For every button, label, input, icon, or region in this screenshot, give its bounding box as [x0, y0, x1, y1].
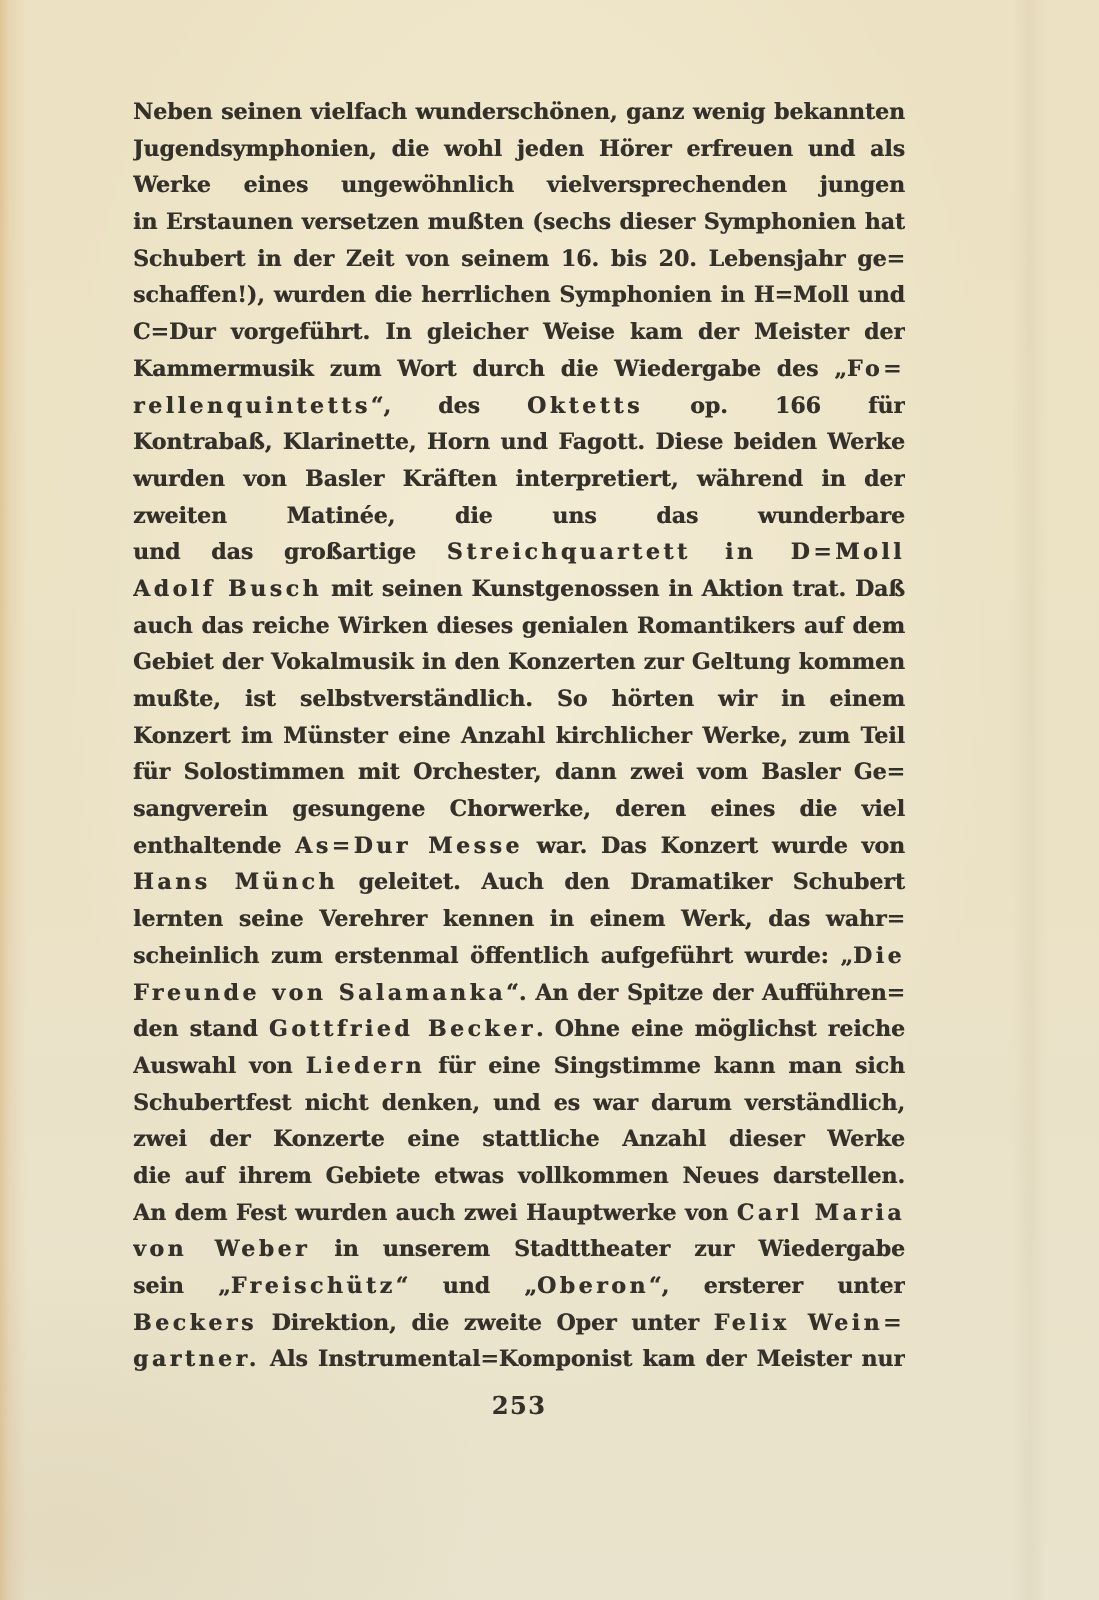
emphasized-text: Die: [853, 943, 905, 969]
emphasized-text: Streichquartett in D=Moll: [447, 539, 905, 565]
text-segment: sangverein gesungene Chorwerke, deren ei…: [133, 796, 905, 828]
text-line: lernten seine Verehrer kennen in einem W…: [133, 901, 905, 938]
text-line: Jugendsymphonien, die wohl jeden Hörer e…: [133, 131, 905, 168]
text-segment: Kammermusik zum Wort durch die Wiedergab…: [133, 356, 847, 382]
text-line: wurden von Basler Kräften interpretiert,…: [133, 461, 905, 498]
text-segment: wurden von Basler Kräften interpretiert,…: [133, 466, 905, 492]
emphasized-text: Felix Wein=: [714, 1310, 905, 1336]
emphasized-text: Adolf Busch: [133, 576, 322, 602]
text-line: für Solostimmen mit Orchester, dann zwei…: [133, 754, 905, 791]
text-line: schaffen!), wurden die herrlichen Sympho…: [133, 277, 905, 314]
emphasized-text: Liedern: [306, 1053, 425, 1079]
text-segment: sein „: [133, 1273, 231, 1299]
text-segment: auch das reiche Wirken dieses genialen R…: [133, 613, 905, 639]
text-line: und das großartige Streichquartett in D=…: [133, 534, 905, 571]
text-line: Kontrabaß, Klarinette, Horn und Fagott. …: [133, 424, 905, 461]
text-line: den stand Gottfried Becker. Ohne eine mö…: [133, 1011, 905, 1048]
text-segment: lernten seine Verehrer kennen in einem W…: [133, 906, 905, 932]
text-line: sangverein gesungene Chorwerke, deren ei…: [133, 791, 905, 828]
text-segment: schaffen!), wurden die herrlichen Sympho…: [133, 282, 905, 308]
emphasized-text: Oberon: [537, 1273, 649, 1299]
text-segment: Werke eines ungewöhnlich vielversprechen…: [133, 172, 905, 204]
emphasized-text: gartner.: [133, 1346, 260, 1372]
emphasized-text: Hans Münch: [133, 869, 338, 895]
text-segment: “, des: [371, 393, 527, 419]
text-segment: die auf ihrem Gebiete etwas vollkommen N…: [133, 1163, 905, 1189]
text-line: scheinlich zum erstenmal öffentlich aufg…: [133, 938, 905, 975]
text-line: enthaltende As=Dur Messe war. Das Konzer…: [133, 828, 905, 865]
emphasized-text: Freischütz: [231, 1273, 396, 1299]
text-segment: Auswahl von: [133, 1053, 306, 1079]
text-segment: Als Instrumental=Komponist kam der Meist…: [260, 1346, 905, 1372]
text-segment: Neben seinen vielfach wunderschönen, gan…: [133, 99, 905, 125]
emphasized-text: Oktetts: [527, 393, 643, 419]
text-line: gartner. Als Instrumental=Komponist kam …: [133, 1341, 905, 1378]
text-segment: C=Dur vorgeführt. In gleicher Weise kam …: [133, 319, 905, 345]
text-line: Hans Münch geleitet. Auch den Dramatiker…: [133, 864, 905, 901]
text-segment: in Erstaunen versetzen mußten (sechs die…: [133, 209, 905, 235]
scanned-book-page: { "colors": { "paper": "#ebe2c6", "ink":…: [0, 0, 1099, 1600]
text-segment: für Solostimmen mit Orchester, dann zwei…: [133, 759, 905, 785]
text-line: C=Dur vorgeführt. In gleicher Weise kam …: [133, 314, 905, 351]
emphasized-text: Gottfried Becker: [269, 1016, 536, 1042]
text-segment: “. An der Spitze der Aufführen=: [506, 980, 905, 1006]
text-segment: Gebiet der Vokalmusik in den Konzerten z…: [133, 649, 905, 675]
text-segment: . Ohne eine möglichst reiche: [536, 1016, 905, 1042]
emphasized-text: rellenquintetts: [133, 393, 371, 419]
text-line: Adolf Busch mit seinen Kunstgenossen in …: [133, 571, 905, 608]
text-line: Freunde von Salamanka“. An der Spitze de…: [133, 975, 905, 1012]
text-segment: zweiten Matinée, die uns das wunderbare: [133, 503, 905, 529]
text-segment: Direktion, die zweite Oper unter: [257, 1310, 714, 1336]
text-line: auch das reiche Wirken dieses genialen R…: [133, 608, 905, 645]
text-line: in Erstaunen versetzen mußten (sechs die…: [133, 204, 905, 241]
text-segment: Schubert in der Zeit von seinem 16. bis …: [133, 246, 905, 272]
text-line: Werke eines ungewöhnlich vielversprechen…: [133, 167, 905, 204]
text-line: Neben seinen vielfach wunderschönen, gan…: [133, 94, 905, 131]
text-line: rellenquintetts“, des Oktetts op. 166 fü…: [133, 388, 905, 425]
emphasized-text: Fo=: [847, 356, 905, 382]
text-segment: Konzert im Münster eine Anzahl kirchlich…: [133, 723, 905, 749]
text-line: zweiten Matinée, die uns das wunderbare …: [133, 498, 905, 535]
text-segment: mußte, ist selbstverständlich. So hörten…: [133, 686, 905, 718]
text-segment: mit seinen Kunstgenossen in Aktion trat.…: [322, 576, 905, 602]
text-segment: den stand: [133, 1016, 269, 1042]
text-line: zwei der Konzerte eine stattliche Anzahl…: [133, 1121, 905, 1158]
emphasized-text: von Weber: [133, 1236, 310, 1262]
text-line: Schubert in der Zeit von seinem 16. bis …: [133, 241, 905, 278]
text-line: die auf ihrem Gebiete etwas vollkommen N…: [133, 1158, 905, 1195]
text-line: sein „Freischütz“ und „Oberon“, ersterer…: [133, 1268, 905, 1305]
text-line: von Weber in unserem Stadttheater zur Wi…: [133, 1231, 905, 1268]
emphasized-text: Carl Maria: [737, 1200, 905, 1226]
text-segment: geleitet. Auch den Dramatiker Schubert: [338, 869, 905, 895]
text-segment: Kontrabaß, Klarinette, Horn und Fagott. …: [133, 429, 905, 455]
text-segment: zwei der Konzerte eine stattliche Anzahl…: [133, 1126, 905, 1158]
text-segment: Jugendsymphonien, die wohl jeden Hörer e…: [133, 136, 905, 162]
text-line: mußte, ist selbstverständlich. So hörten…: [133, 681, 905, 718]
text-line: Schubertfest nicht denken, und es war da…: [133, 1085, 905, 1122]
text-segment: enthaltende: [133, 833, 295, 859]
text-segment: “ und „: [396, 1273, 537, 1299]
text-segment: und das großartige: [133, 539, 447, 565]
text-segment: “, ersterer unter: [649, 1273, 905, 1299]
emphasized-text: Beckers: [133, 1310, 257, 1336]
emphasized-text: Freunde von Salamanka: [133, 980, 506, 1006]
text-line: Konzert im Münster eine Anzahl kirchlich…: [133, 718, 905, 755]
text-segment: Schubertfest nicht denken, und es war da…: [133, 1090, 905, 1122]
text-line: Auswahl von Liedern für eine Singstimme …: [133, 1048, 905, 1085]
body-text: Neben seinen vielfach wunderschönen, gan…: [133, 94, 905, 1378]
emphasized-text: As=Dur Messe: [295, 833, 523, 859]
text-line: An dem Fest wurden auch zwei Hauptwerke …: [133, 1195, 905, 1232]
text-segment: An dem Fest wurden auch zwei Hauptwerke …: [133, 1200, 737, 1226]
text-line: Beckers Direktion, die zweite Oper unter…: [133, 1305, 905, 1342]
text-segment: war. Das Konzert wurde von: [523, 833, 905, 859]
text-line: Kammermusik zum Wort durch die Wiedergab…: [133, 351, 905, 388]
text-segment: scheinlich zum erstenmal öffentlich aufg…: [133, 943, 853, 969]
page-number: 253: [133, 1391, 905, 1421]
text-line: Gebiet der Vokalmusik in den Konzerten z…: [133, 644, 905, 681]
